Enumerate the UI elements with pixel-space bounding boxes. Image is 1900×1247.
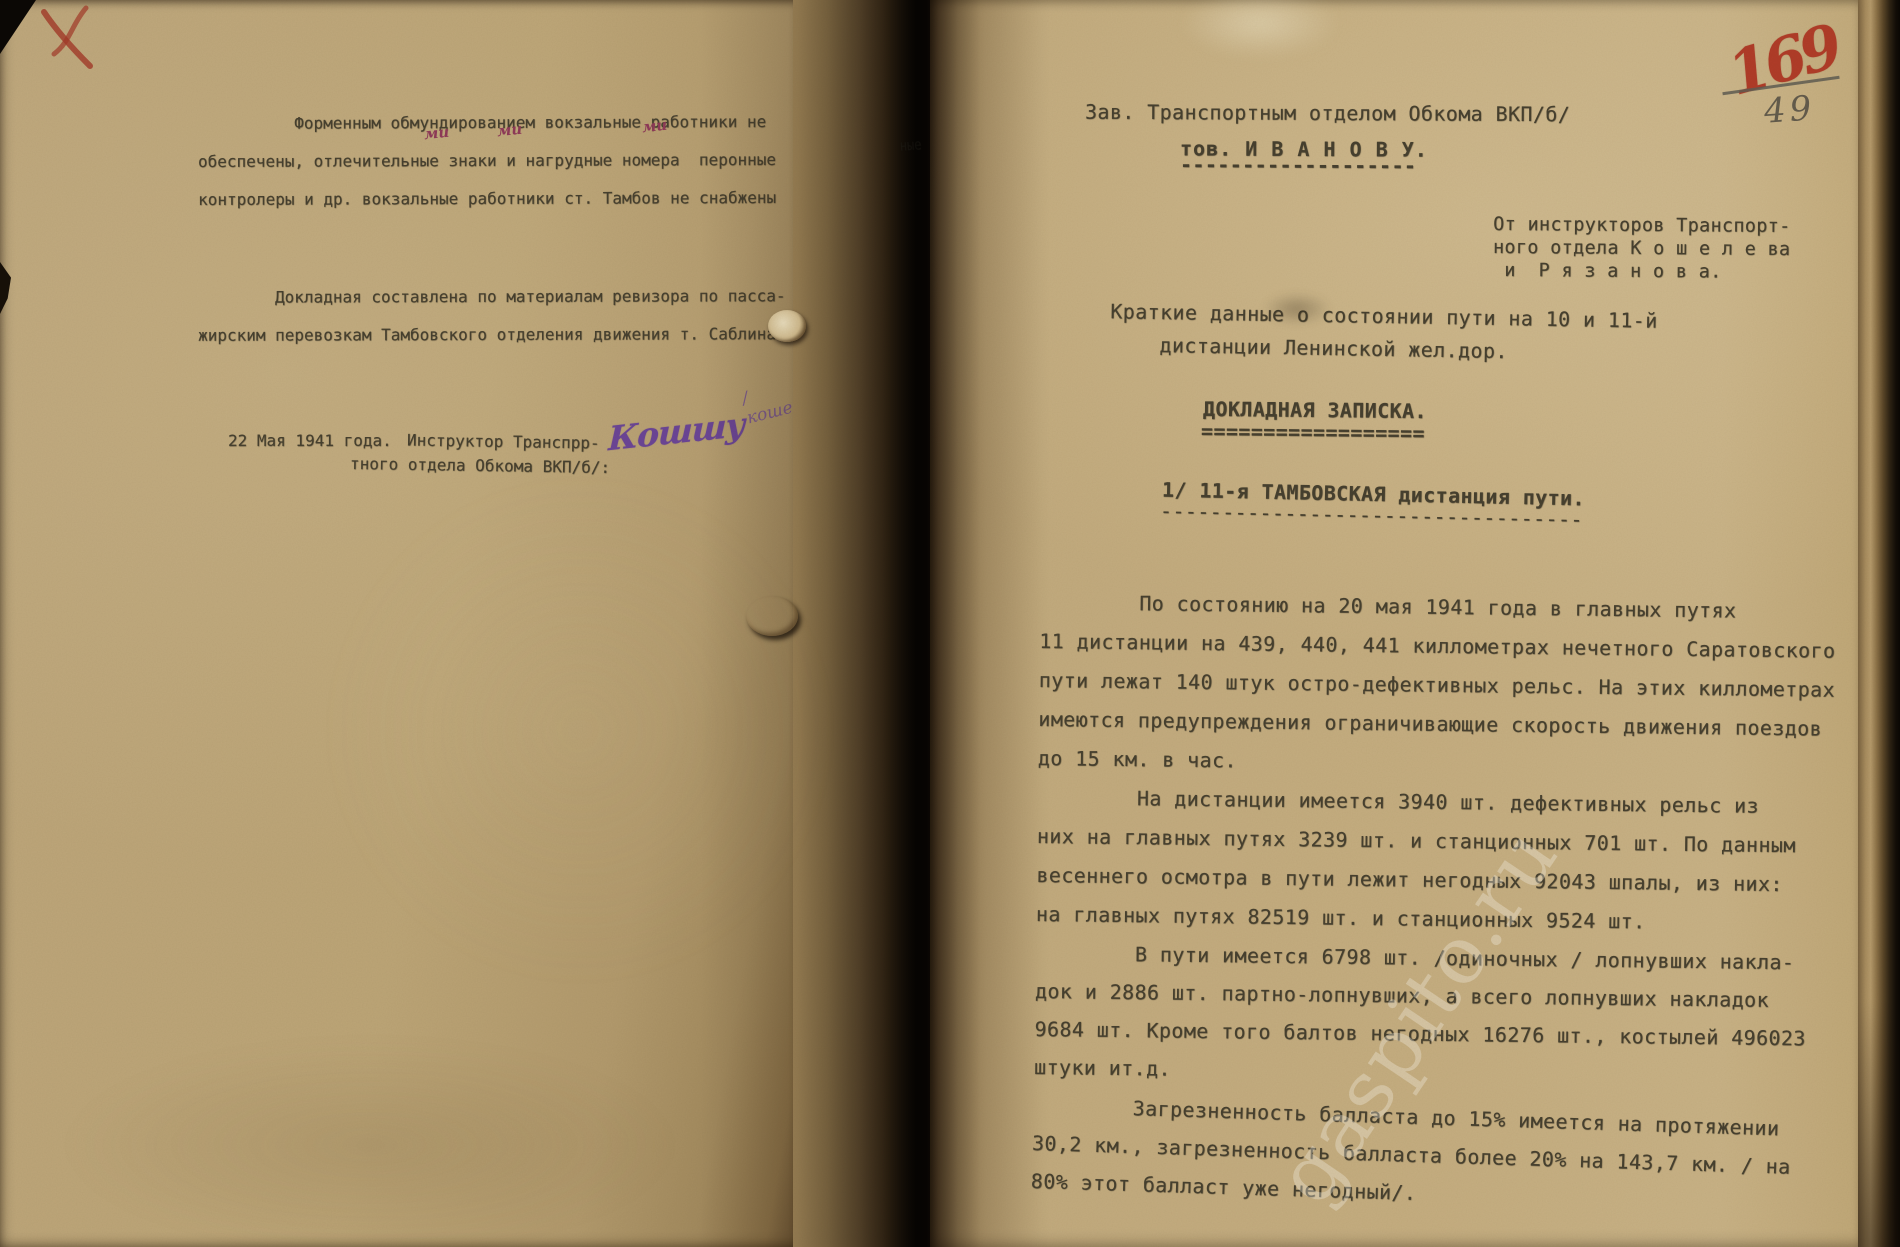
typed-line: обеспечены, отлечительные знаки и нагруд… [198, 141, 776, 181]
left-page: Форменным обмундированием вокзальные раб… [0, 0, 795, 1247]
subject-block: Краткие данные о состоянии пути на 10 и … [1109, 295, 1657, 371]
doc-title-underline: ================== [1201, 419, 1425, 445]
typed-line: контролеры и др. вокзальные работники ст… [198, 179, 776, 219]
book-gutter [793, 0, 932, 1247]
typed-line: ного отдела К о ш е л е ва [1493, 236, 1791, 261]
signer-title-line: Инструктор Транспрр- [407, 429, 600, 454]
body-paragraph: По состоянию на 20 мая 1941 года в главн… [1038, 583, 1858, 788]
text-fragment-at-fold: ные [899, 135, 922, 154]
left-paragraph-uniforms: Форменным обмундированием вокзальные раб… [198, 103, 776, 219]
typed-line: жирским перевозкам Тамбовского отделения… [198, 315, 786, 355]
handwritten-signature: Кошшу [608, 405, 745, 459]
binding-hole [746, 596, 798, 636]
handwritten-mi-correction: ми [641, 116, 668, 137]
addressee-underline: ------------------- [1180, 151, 1417, 178]
scanned-document-spread: Форменным обмундированием вокзальные раб… [0, 0, 1900, 1247]
typed-line: Докладная составлена по материалам ревиз… [198, 277, 786, 317]
folio-number-pencil: 49 [1763, 88, 1817, 131]
typed-line: От инструкторов Транспорт- [1493, 213, 1791, 238]
handwritten-mi-correction: ми [423, 123, 450, 144]
red-pen-marks [30, 2, 120, 92]
handwritten-signature-fragment: /кошел [740, 376, 795, 429]
handwritten-mi-correction: ми [496, 120, 523, 141]
addressee-line: Зав. Транспортным отделом Обкома ВКП/б/ [1085, 99, 1570, 128]
signer-title-line: тного отдела Обкома ВКП/б/: [350, 453, 610, 479]
left-paragraph-source-note: Докладная составлена по материалам ревиз… [198, 277, 786, 355]
from-block: От инструкторов Транспорт-ного отдела К … [1493, 213, 1791, 284]
typed-line: и Р я з а н о в а. [1493, 259, 1791, 284]
binding-hole [768, 310, 806, 342]
body-paragraph: Загрезненность балласта до 15% имеется н… [1030, 1086, 1858, 1226]
page-edge-stack [1858, 0, 1900, 1247]
typed-line: Форменным обмундированием вокзальные раб… [198, 103, 776, 143]
